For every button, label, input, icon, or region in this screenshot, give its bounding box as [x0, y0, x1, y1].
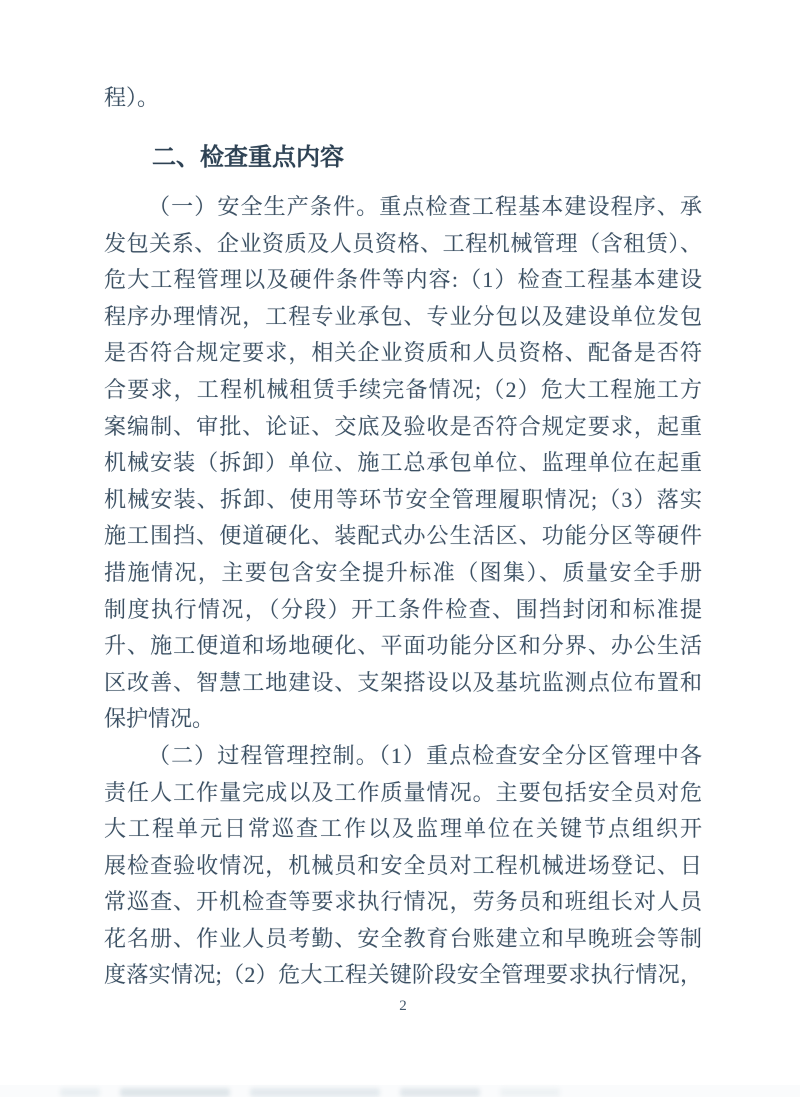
body-line: 责任人工作量完成以及工作质量情况。主要包括安全员对危	[104, 775, 702, 812]
body-line: 常巡查、开机检查等要求执行情况，劳务员和班组长对人员	[104, 884, 702, 921]
body-line: 保护情况。	[104, 701, 702, 738]
body-line: 是否符合规定要求，相关企业资质和人员资格、配备是否符	[104, 335, 702, 372]
document-page: 程）。 二、检查重点内容 （一）安全生产条件。重点检查工程基本建设程序、承 发包…	[0, 0, 800, 1097]
scan-smudge	[60, 1088, 100, 1097]
scan-artifact-band	[0, 1085, 800, 1097]
section-heading: 二、检查重点内容	[104, 140, 702, 177]
scan-smudge	[500, 1088, 560, 1097]
body-line: 发包关系、企业资质及人员资格、工程机械管理（含租赁）、	[104, 226, 702, 263]
body-line: 机械安装（拆卸）单位、施工总承包单位、监理单位在起重	[104, 445, 702, 482]
body-line: 花名册、作业人员考勤、安全教育台账建立和早晚班会等制	[104, 921, 702, 958]
body-line: 展检查验收情况，机械员和安全员对工程机械进场登记、日	[104, 848, 702, 885]
scan-smudge	[120, 1088, 230, 1097]
carryover-text: 程）。	[104, 80, 702, 117]
body-line: 案编制、审批、论证、交底及验收是否符合规定要求，起重	[104, 409, 702, 446]
body-line: （二）过程管理控制。（1）重点检查安全分区管理中各	[104, 738, 702, 775]
body-line: 区改善、智慧工地建设、支架搭设以及基坑监测点位布置和	[104, 665, 702, 702]
body-line: 度落实情况;（2）危大工程关键阶段安全管理要求执行情况，	[104, 957, 702, 994]
body-line: 程序办理情况，工程专业承包、专业分包以及建设单位发包	[104, 299, 702, 336]
body-line: 大工程单元日常巡查工作以及监理单位在关键节点组织开	[104, 811, 702, 848]
scan-smudge	[400, 1088, 480, 1097]
body-line: （一）安全生产条件。重点检查工程基本建设程序、承	[104, 189, 702, 226]
body-text: （一）安全生产条件。重点检查工程基本建设程序、承 发包关系、企业资质及人员资格、…	[104, 189, 702, 994]
body-line: 升、施工便道和场地硬化、平面功能分区和分界、办公生活	[104, 628, 702, 665]
body-line: 危大工程管理以及硬件条件等内容:（1）检查工程基本建设	[104, 262, 702, 299]
page-number: 2	[104, 998, 702, 1015]
body-line: 合要求，工程机械租赁手续完备情况;（2）危大工程施工方	[104, 372, 702, 409]
body-line: 制度执行情况，（分段）开工条件检查、围挡封闭和标准提	[104, 592, 702, 629]
scan-smudge	[250, 1088, 380, 1097]
body-line: 措施情况，主要包含安全提升标准（图集）、质量安全手册	[104, 555, 702, 592]
body-line: 机械安装、拆卸、使用等环节安全管理履职情况;（3）落实	[104, 482, 702, 519]
body-line: 施工围挡、便道硬化、装配式办公生活区、功能分区等硬件	[104, 518, 702, 555]
